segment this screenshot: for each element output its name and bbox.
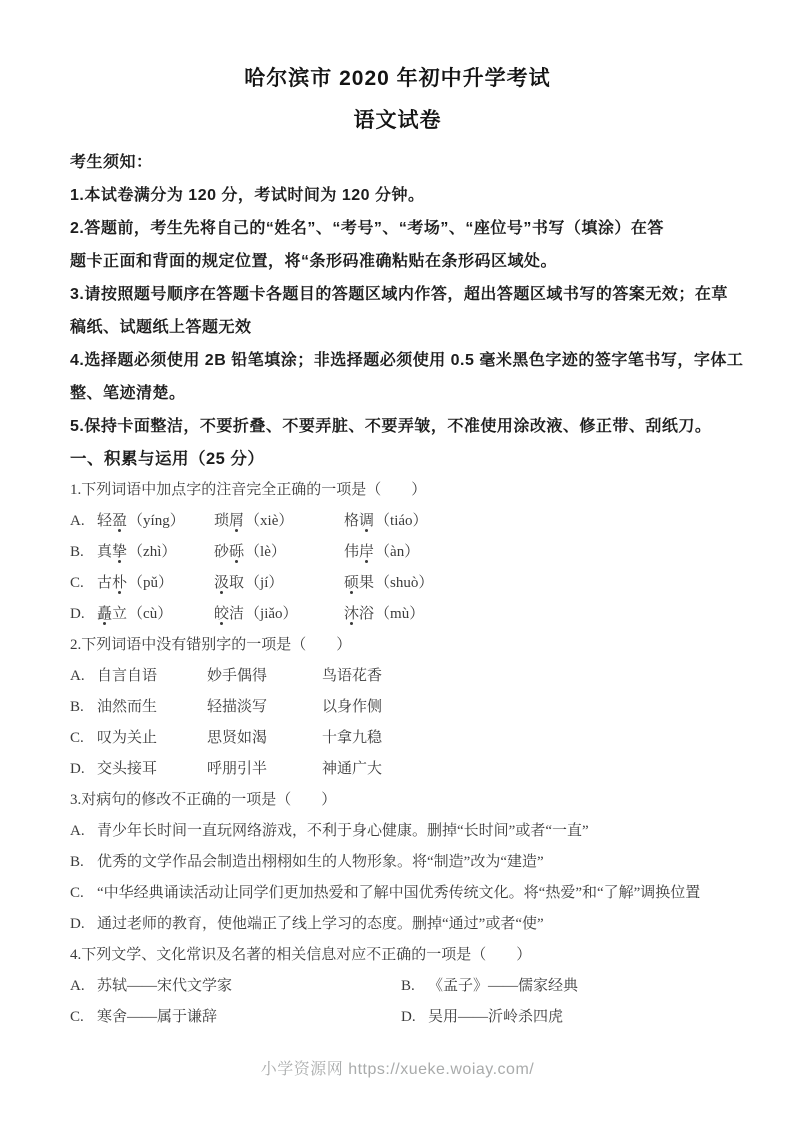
word-with-pinyin: 矗立（cù） (97, 599, 214, 630)
option-label: C. (70, 723, 97, 754)
option-text: 通过老师的教育，使他端正了线上学习的态度。删掉“通过”或者“使” (97, 909, 544, 940)
word-char: 果 (359, 575, 374, 591)
question-3-stem: 3.对病句的修改不正确的一项是（ ） (70, 785, 725, 816)
option-word: 叹为关止 (97, 723, 207, 754)
option-label: A. (70, 971, 97, 1002)
option-4A: A.苏轼——宋代文学家 (70, 971, 401, 1002)
exam-subtitle: 语文试卷 (70, 108, 725, 134)
pinyin-text: （shuò） (375, 575, 433, 591)
question-1-stem: 1.下列词语中加点字的注音完全正确的一项是（ ） (70, 475, 725, 506)
option-label: D. (401, 1002, 428, 1033)
option-word: 以身作侧 (322, 692, 725, 723)
option-label: B. (70, 692, 97, 723)
exam-paper-page: 哈尔滨市 2020 年初中升学考试 语文试卷 考生须知： 1.本试卷满分为 12… (0, 0, 793, 1122)
pinyin-text: （pǔ） (128, 575, 173, 591)
notice-item-3-continued: 稿纸、试题纸上答题无效 (70, 311, 725, 344)
option-label: A. (70, 816, 97, 847)
notice-item-2: 2.答题前，考生先将自己的“姓名”、“考号”、“考场”、“座位号”书写（填涂）在… (70, 212, 725, 245)
option-3D: D.通过老师的教育，使他端正了线上学习的态度。删掉“通过”或者“使” (70, 909, 725, 940)
word-char: 格 (344, 513, 359, 529)
option-label: D. (70, 754, 97, 785)
option-label: B. (401, 971, 428, 1002)
option-word: 十拿九稳 (322, 723, 725, 754)
notice-item-2-continued: 题卡正面和背面的规定位置，将“条形码准确粘贴在条形码区域处。 (70, 245, 725, 278)
emphasis-dot-char: 硕 (344, 575, 359, 591)
word-with-pinyin: 伟岸（àn） (344, 537, 725, 568)
word-char: 浴 (359, 606, 374, 622)
section-heading: 一、积累与运用（25 分） (70, 443, 725, 475)
option-3B: B.优秀的文学作品会制造出栩栩如生的人物形象。将“制造”改为“建造” (70, 847, 725, 878)
option-word: 自言自语 (97, 661, 207, 692)
pinyin-text: （jiǎo） (245, 606, 298, 622)
word-char: 琐 (214, 513, 229, 529)
pinyin-text: （lè） (245, 544, 286, 560)
option-label: B. (70, 847, 97, 878)
option-4D: D.吴用——沂岭杀四虎 (401, 1002, 725, 1033)
option-2B: B.油然而生轻描淡写以身作侧 (70, 692, 725, 723)
option-label: A. (70, 661, 97, 692)
pinyin-text: （mù） (375, 606, 424, 622)
word-with-pinyin: 汲取（jí） (214, 568, 344, 599)
word-with-pinyin: 古朴（pǔ） (97, 568, 214, 599)
word-char: 取 (229, 575, 244, 591)
option-word: 思贤如渴 (207, 723, 322, 754)
question-4: 4.下列文学、文化常识及名著的相关信息对应不正确的一项是（ ）A.苏轼——宋代文… (70, 940, 725, 1033)
notice-item-4-continued: 整、笔迹清楚。 (70, 377, 725, 410)
emphasis-dot-char: 砾 (229, 544, 244, 560)
emphasis-dot-char: 朴 (112, 575, 127, 591)
option-label: D. (70, 909, 97, 940)
question-2: 2.下列词语中没有错别字的一项是（ ）A.自言自语妙手偶得鸟语花香B.油然而生轻… (70, 630, 725, 785)
word-with-pinyin: 轻盈（yíng） (97, 506, 214, 537)
pinyin-text: （xiè） (245, 513, 293, 529)
option-word: 神通广大 (322, 754, 725, 785)
questions: 1.下列词语中加点字的注音完全正确的一项是（ ）A.轻盈（yíng）琐屑（xiè… (70, 475, 725, 1033)
emphasis-dot-char: 岸 (359, 544, 374, 560)
option-word: 妙手偶得 (207, 661, 322, 692)
emphasis-dot-char: 屑 (229, 513, 244, 529)
option-3C: C.“中华经典诵读活动让同学们更加热爱和了解中国优秀传统文化。将“热爱”和“了解… (70, 878, 725, 909)
option-text: 吴用——沂岭杀四虎 (428, 1009, 563, 1025)
word-char: 立 (112, 606, 127, 622)
option-word: 呼朋引半 (207, 754, 322, 785)
footer-watermark: 小学资源网 https://xueke.woiay.com/ (70, 1059, 725, 1081)
pinyin-text: （tiáo） (375, 513, 428, 529)
option-4B: B.《孟子》——儒家经典 (401, 971, 725, 1002)
exam-title: 哈尔滨市 2020 年初中升学考试 (70, 64, 725, 94)
question-4-stem: 4.下列文学、文化常识及名著的相关信息对应不正确的一项是（ ） (70, 940, 725, 971)
option-2C: C.叹为关止思贤如渴十拿九稳 (70, 723, 725, 754)
emphasis-dot-char: 挚 (112, 544, 127, 560)
question-2-stem: 2.下列词语中没有错别字的一项是（ ） (70, 630, 725, 661)
option-label: D. (70, 599, 97, 630)
word-with-pinyin: 砂砾（lè） (214, 537, 344, 568)
emphasis-dot-char: 汲 (214, 575, 229, 591)
word-char: 砂 (214, 544, 229, 560)
emphasis-dot-char: 沐 (344, 606, 359, 622)
pinyin-text: （jí） (245, 575, 283, 591)
pinyin-text: （yíng） (128, 513, 185, 529)
notice-list: 1.本试卷满分为 120 分，考试时间为 120 分钟。2.答题前，考生先将自己… (70, 179, 725, 443)
question-3: 3.对病句的修改不正确的一项是（ ）A.青少年长时间一直玩网络游戏，不利于身心健… (70, 785, 725, 940)
option-1D: D.矗立（cù）皎洁（jiǎo）沐浴（mù） (70, 599, 725, 630)
word-with-pinyin: 沐浴（mù） (344, 599, 725, 630)
option-label: C. (70, 568, 97, 599)
notice-item-5: 5.保持卡面整洁，不要折叠、不要弄脏、不要弄皱，不准使用涂改液、修正带、刮纸刀。 (70, 410, 725, 443)
emphasis-dot-char: 盈 (112, 513, 127, 529)
option-text: 《孟子》——儒家经典 (428, 978, 578, 994)
option-word: 鸟语花香 (322, 661, 725, 692)
option-4C: C.寒舍——属于谦辞 (70, 1002, 401, 1033)
option-label: C. (70, 1002, 97, 1033)
emphasis-dot-char: 矗 (97, 606, 112, 622)
option-1A: A.轻盈（yíng）琐屑（xiè）格调（tiáo） (70, 506, 725, 537)
option-1C: C.古朴（pǔ）汲取（jí）硕果（shuò） (70, 568, 725, 599)
option-text: 寒舍——属于谦辞 (97, 1009, 217, 1025)
emphasis-dot-char: 皎 (214, 606, 229, 622)
option-label: A. (70, 506, 97, 537)
option-label: B. (70, 537, 97, 568)
question-1: 1.下列词语中加点字的注音完全正确的一项是（ ）A.轻盈（yíng）琐屑（xiè… (70, 475, 725, 630)
option-text: 苏轼——宋代文学家 (97, 978, 232, 994)
word-char: 真 (97, 544, 112, 560)
option-3A: A.青少年长时间一直玩网络游戏，不利于身心健康。删掉“长时间”或者“一直” (70, 816, 725, 847)
notice-section: 考生须知： 1.本试卷满分为 120 分，考试时间为 120 分钟。2.答题前，… (70, 146, 725, 443)
word-with-pinyin: 格调（tiáo） (344, 506, 725, 537)
option-text: 优秀的文学作品会制造出栩栩如生的人物形象。将“制造”改为“建造” (97, 847, 544, 878)
notice-item-3: 3.请按照题号顺序在答题卡各题目的答题区域内作答，超出答题区域书写的答案无效；在… (70, 278, 725, 311)
question-4-options: A.苏轼——宋代文学家B.《孟子》——儒家经典C.寒舍——属于谦辞D.吴用——沂… (70, 971, 725, 1033)
option-word: 交头接耳 (97, 754, 207, 785)
option-1B: B.真挚（zhì）砂砾（lè）伟岸（àn） (70, 537, 725, 568)
notice-heading: 考生须知： (70, 146, 725, 179)
option-word: 轻描淡写 (207, 692, 322, 723)
option-word: 油然而生 (97, 692, 207, 723)
notice-item-1: 1.本试卷满分为 120 分，考试时间为 120 分钟。 (70, 179, 725, 212)
word-with-pinyin: 真挚（zhì） (97, 537, 214, 568)
word-char: 轻 (97, 513, 112, 529)
option-2D: D.交头接耳呼朋引半神通广大 (70, 754, 725, 785)
option-text: 青少年长时间一直玩网络游戏，不利于身心健康。删掉“长时间”或者“一直” (97, 816, 589, 847)
option-text: “中华经典诵读活动让同学们更加热爱和了解中国优秀传统文化。将“热爱”和“了解”调… (97, 878, 700, 909)
word-char: 古 (97, 575, 112, 591)
emphasis-dot-char: 调 (359, 513, 374, 529)
word-with-pinyin: 皎洁（jiǎo） (214, 599, 344, 630)
pinyin-text: （zhì） (128, 544, 176, 560)
word-char: 洁 (229, 606, 244, 622)
option-label: C. (70, 878, 97, 909)
notice-item-4: 4.选择题必须使用 2B 铅笔填涂；非选择题必须使用 0.5 毫米黑色字迹的签字… (70, 344, 725, 377)
pinyin-text: （cù） (128, 606, 172, 622)
word-char: 伟 (344, 544, 359, 560)
word-with-pinyin: 琐屑（xiè） (214, 506, 344, 537)
pinyin-text: （àn） (375, 544, 419, 560)
word-with-pinyin: 硕果（shuò） (344, 568, 725, 599)
option-2A: A.自言自语妙手偶得鸟语花香 (70, 661, 725, 692)
